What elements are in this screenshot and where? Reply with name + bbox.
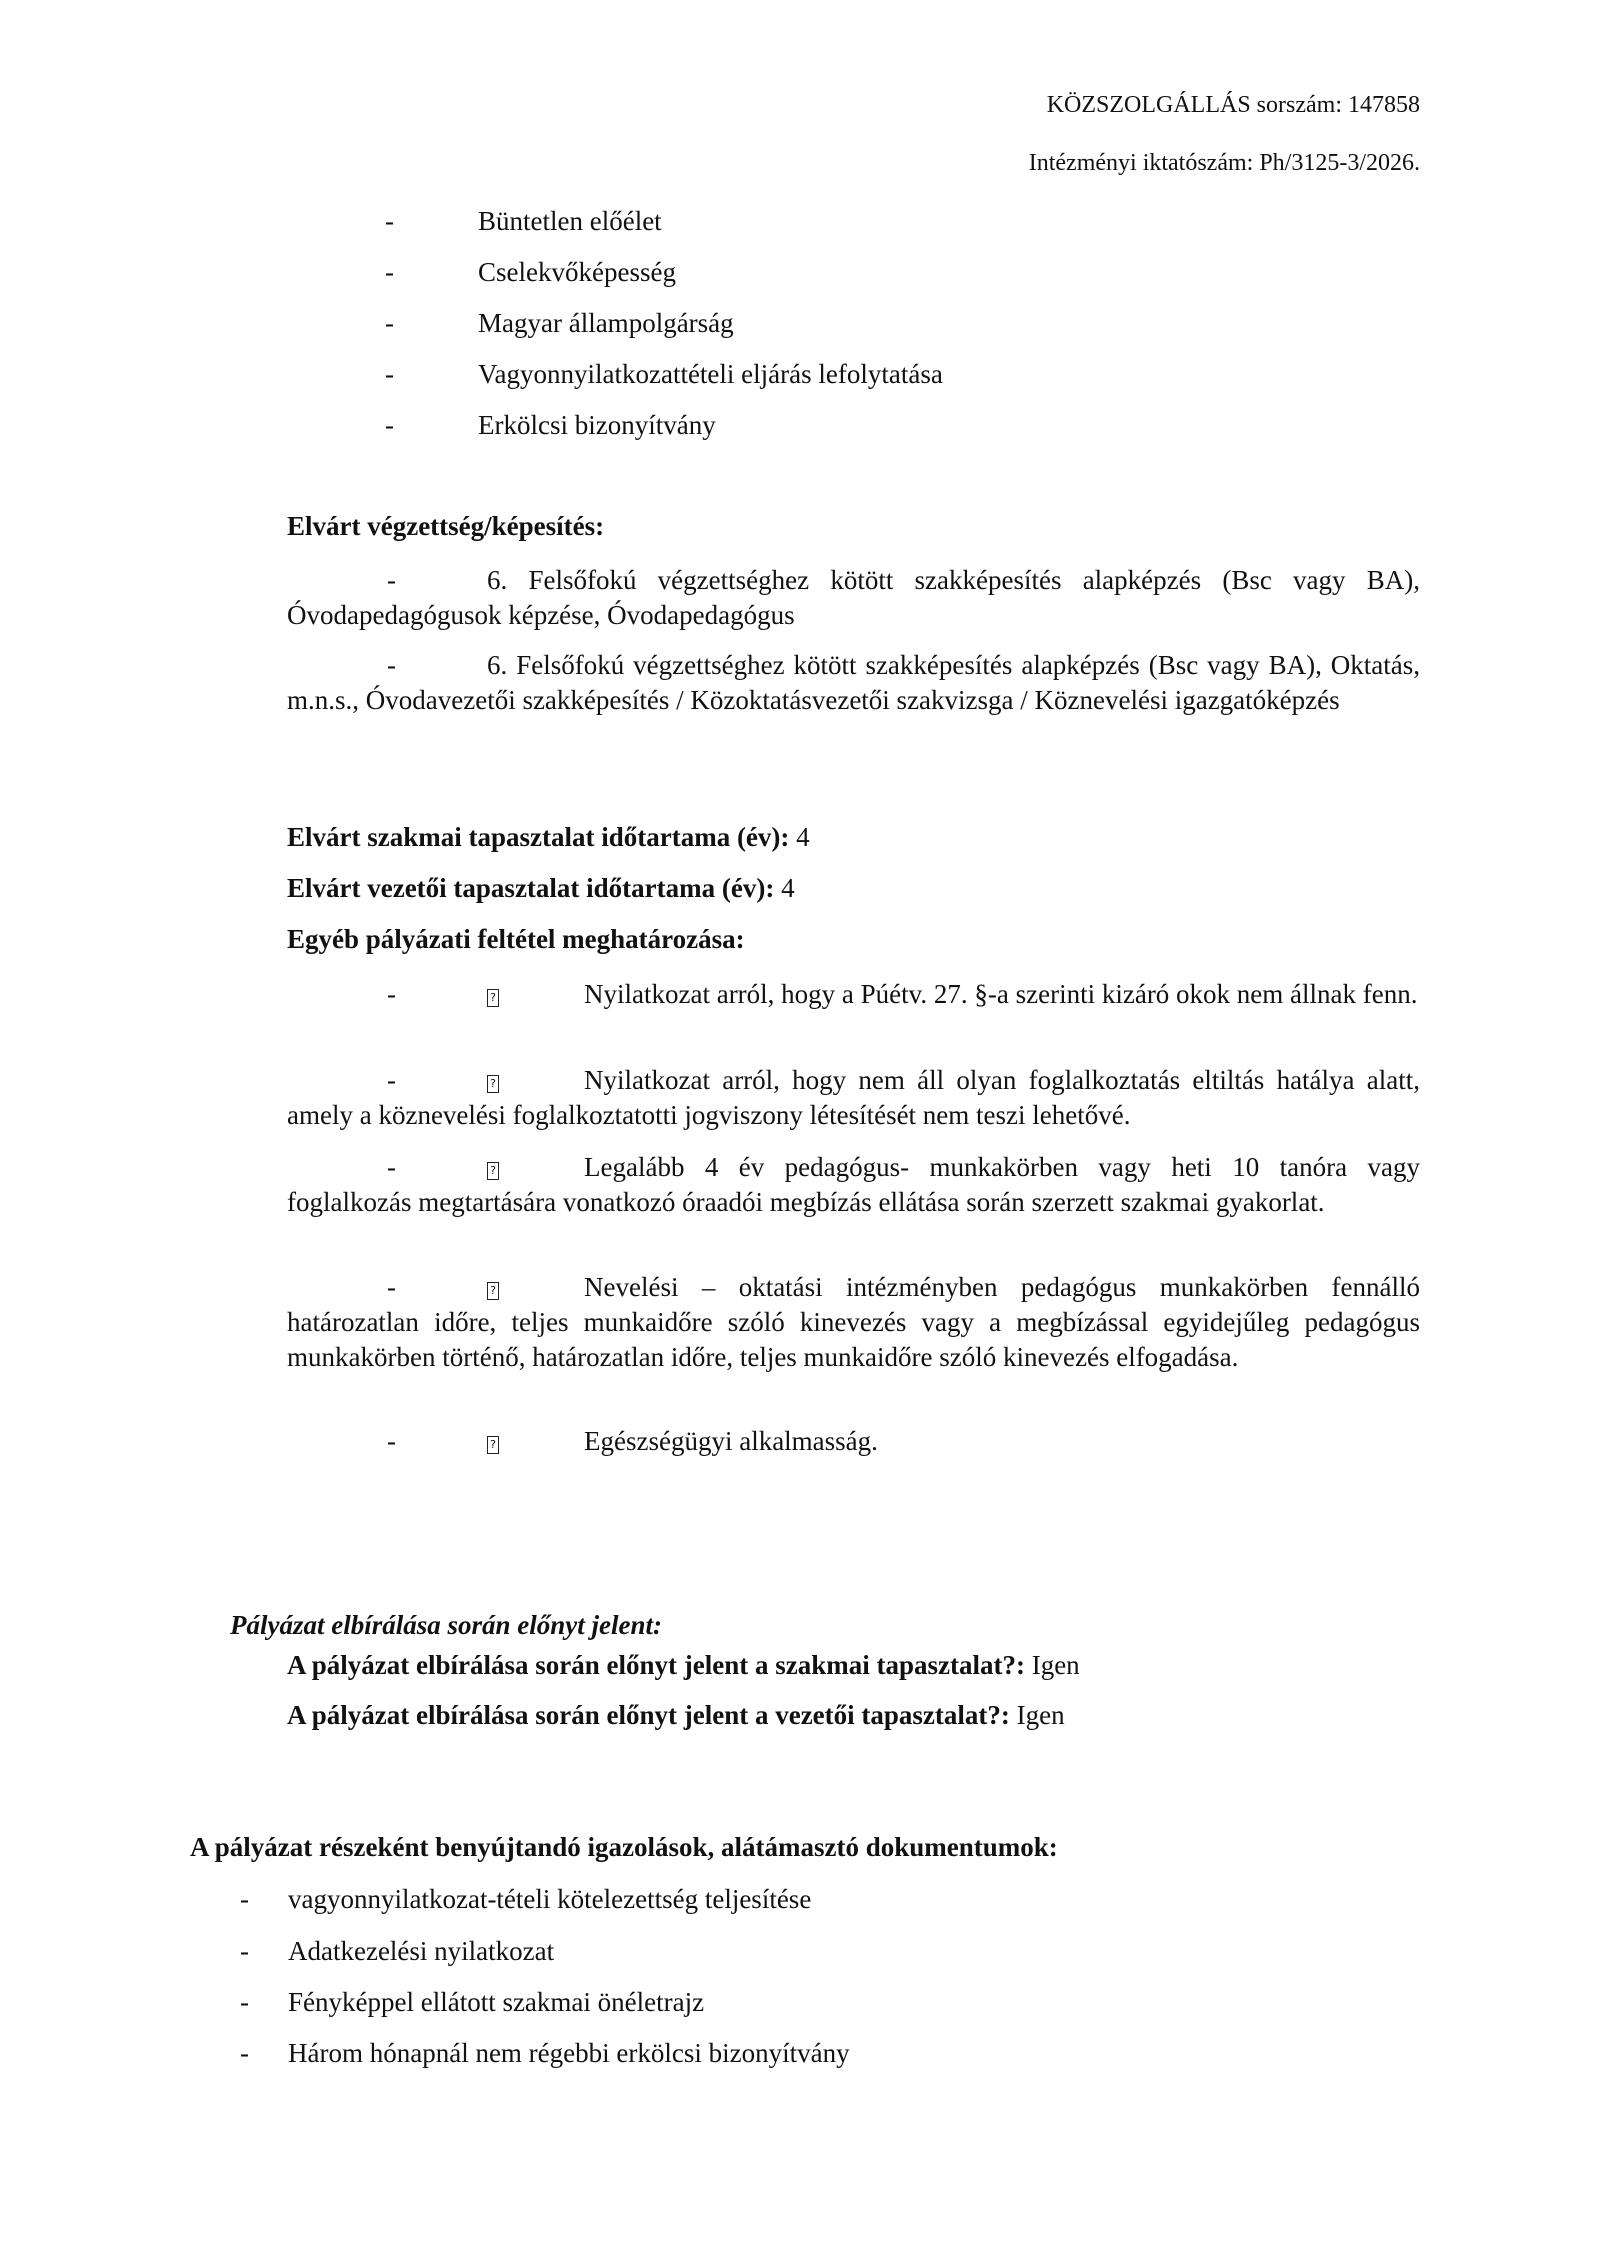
bullet-dash: - xyxy=(385,410,394,441)
bullet-dash: - xyxy=(287,1150,487,1185)
bullet-dash: - xyxy=(240,1936,249,1967)
professional-experience: Elvárt szakmai tapasztalat időtartama (é… xyxy=(287,822,810,853)
document-item-text: Három hónapnál nem régebbi erkölcsi bizo… xyxy=(288,2038,850,2069)
management-experience-label: Elvárt vezetői tapasztalat időtartama (é… xyxy=(287,873,774,903)
management-experience-value: 4 xyxy=(781,873,795,903)
registry-number: Intézményi iktatószám: Ph/3125-3/2026. xyxy=(1029,150,1420,177)
bullet-dash: - xyxy=(287,1270,487,1305)
condition-item-text: Nyilatkozat arról, hogy a Púétv. 27. §-a… xyxy=(584,979,1418,1009)
education-item: -6. Felsőfokú végzettséghez kötött szakk… xyxy=(287,563,1420,633)
condition-item: -?Nyilatkozat arról, hogy a Púétv. 27. §… xyxy=(287,977,1420,1012)
education-item: -6. Felsőfokú végzettséghez kötött szakk… xyxy=(287,648,1420,718)
condition-item: -?Nevelési – oktatási intézményben pedag… xyxy=(287,1270,1420,1375)
missing-glyph-box-icon: ? xyxy=(487,989,499,1007)
bullet-dash: - xyxy=(385,308,394,339)
bullet-dash: - xyxy=(287,563,487,598)
management-experience: Elvárt vezetői tapasztalat időtartama (é… xyxy=(287,873,795,904)
list-item-text: Büntetlen előélet xyxy=(478,206,662,237)
advantage-heading: Pályázat elbírálása során előnyt jelent: xyxy=(230,1610,662,1641)
condition-item: -?Nyilatkozat arról, hogy nem áll olyan … xyxy=(287,1063,1420,1133)
bullet-dash: - xyxy=(287,1063,487,1098)
documents-heading: A pályázat részeként benyújtandó igazolá… xyxy=(190,1832,1058,1863)
list-item-text: Cselekvőképesség xyxy=(478,257,676,288)
advantage-management-label: A pályázat elbírálása során előnyt jelen… xyxy=(287,1700,1010,1730)
bullet-dash: - xyxy=(385,257,394,288)
advantage-professional: A pályázat elbírálása során előnyt jelen… xyxy=(287,1650,1080,1681)
education-heading: Elvárt végzettség/képesítés: xyxy=(287,511,604,542)
condition-item-text: Egészségügyi alkalmasság. xyxy=(584,1426,878,1456)
bullet-dash: - xyxy=(240,2038,249,2069)
professional-experience-value: 4 xyxy=(796,822,810,852)
bullet-dash: - xyxy=(287,1424,487,1459)
bullet-dash: - xyxy=(287,648,487,683)
missing-glyph-box-icon: ? xyxy=(487,1436,499,1454)
other-conditions-heading: Egyéb pályázati feltétel meghatározása: xyxy=(287,924,745,955)
missing-glyph-box-icon: ? xyxy=(487,1162,499,1180)
missing-glyph-box-icon: ? xyxy=(487,1282,499,1300)
bullet-dash: - xyxy=(385,359,394,390)
list-item-text: Vagyonnyilatkozattételi eljárás lefolyta… xyxy=(478,359,943,390)
condition-item: -?Legalább 4 év pedagógus- munkakörben v… xyxy=(287,1150,1420,1220)
bullet-dash: - xyxy=(240,1884,249,1915)
document-item-text: vagyonnyilatkozat-tételi kötelezettség t… xyxy=(288,1884,811,1915)
advantage-management-value: Igen xyxy=(1017,1700,1065,1730)
professional-experience-label: Elvárt szakmai tapasztalat időtartama (é… xyxy=(287,822,789,852)
missing-glyph-box-icon: ? xyxy=(487,1075,499,1093)
serial-number: KÖZSZOLGÁLLÁS sorszám: 147858 xyxy=(1047,92,1420,119)
advantage-professional-label: A pályázat elbírálása során előnyt jelen… xyxy=(287,1650,1025,1680)
condition-item: -?Egészségügyi alkalmasság. xyxy=(287,1424,1420,1459)
list-item-text: Magyar állampolgárság xyxy=(478,308,734,339)
advantage-professional-value: Igen xyxy=(1032,1650,1080,1680)
document-item-text: Adatkezelési nyilatkozat xyxy=(288,1936,554,1967)
advantage-management: A pályázat elbírálása során előnyt jelen… xyxy=(287,1700,1065,1731)
document-item-text: Fényképpel ellátott szakmai önéletrajz xyxy=(288,1987,704,2018)
bullet-dash: - xyxy=(287,977,487,1012)
list-item-text: Erkölcsi bizonyítvány xyxy=(478,410,716,441)
bullet-dash: - xyxy=(240,1987,249,2018)
bullet-dash: - xyxy=(385,206,394,237)
